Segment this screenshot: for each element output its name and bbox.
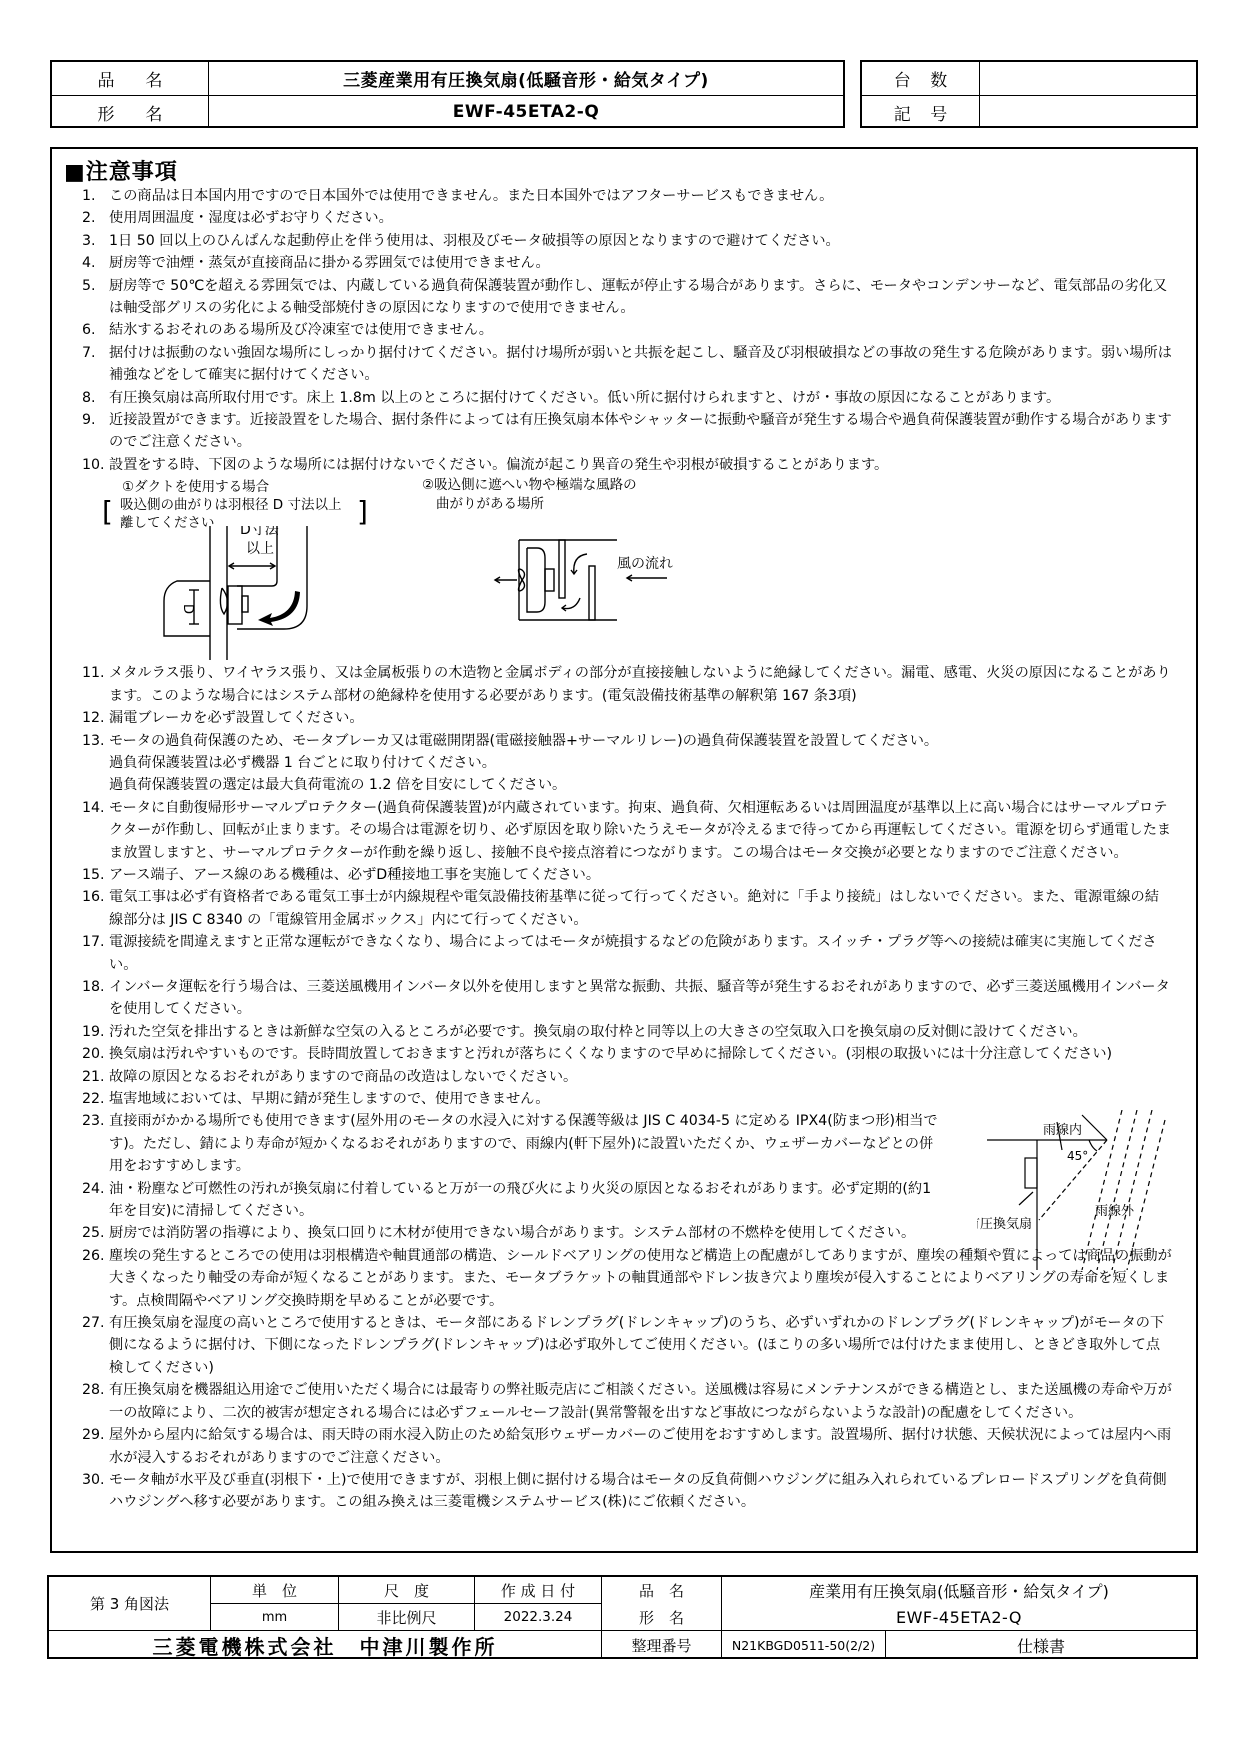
svg-text:雨線外: 雨線外 [1095,1204,1135,1219]
note-item: 30.モータ軸が水平及び垂直(羽根下・上)で使用できますが、羽根上側に据付ける場… [82,1469,1172,1514]
note-number: 22. [82,1088,109,1110]
note-text-main: モータの過負荷保護のため、モータブレーカ又は電磁開閉器(電磁接触器+サーマルリレ… [109,733,938,749]
note-text-sub: 過負荷保護装置の選定は最大負荷電流の 1.2 倍を目安にしてください。 [109,777,566,793]
scale-value: 非比例尺 [339,1604,475,1631]
note-number: 29. [82,1424,109,1469]
note-text: 厨房等で 50℃を超える雰囲気では、内蔵している過負荷保護装置が動作し、運転が停… [109,275,1172,320]
header-quantity-block: 台 数 記 号 [860,60,1198,128]
note-number: 17. [82,931,109,976]
note-number: 10. [82,454,109,476]
svg-text:雨線内: 雨線内 [1043,1122,1082,1138]
note-text: モータ軸が水平及び垂直(羽根下・上)で使用できますが、羽根上側に据付ける場合はモ… [109,1469,1172,1514]
symbol-row: 記 号 [862,95,1196,128]
svg-text:D: D [180,604,195,614]
note-item: 17.電源接続を間違えますと正常な運転ができなくなり、場合によってはモータが焼損… [82,931,1172,976]
duct-diagram-icon: D寸法 以上 D [162,526,402,661]
note-number: 2. [82,207,109,229]
model-value: EWF-45ETA2-Q [209,96,843,128]
note-number: 16. [82,886,109,931]
note-number: 1. [82,185,109,207]
note-item: 19.汚れた空気を排出するときは新鮮な空気の入るところが必要です。換気扇の取付枠… [82,1021,1172,1043]
label-char: 台 [894,66,911,91]
quantity-label: 台 数 [862,62,980,95]
note-item: 4.厨房等で油煙・蒸気が直接商品に掛かる雰囲気では使用できません。 [82,252,1172,274]
rain-line-diagram-icon: 雨線内 45° 雨線外 有圧換気扇 [977,1110,1167,1270]
model-row: 形 名 EWF-45ETA2-Q [52,95,843,128]
note-text: 据付けは振動のない強固な場所にしっかり据付けてください。据付け場所が弱いと共振を… [109,342,1172,387]
note-item: 27.有圧換気扇を湿度の高いところで使用するときは、モータ部にあるドレンプラグ(… [82,1312,1172,1379]
note-text: 漏電ブレーカを必ず設置してください。 [109,707,1172,729]
obstruction-diagram-icon: 風の流れ [427,536,687,636]
note-text: 有圧換気扇は高所取付用です。床上 1.8m 以上のところに据付けてください。低い… [109,387,1172,409]
note-text-sub: 過負荷保護装置は必ず機器 1 台ごとに取り付けてください。 [109,755,496,771]
note-item: 21.故障の原因となるおそれがありますので商品の改造はしないでください。 [82,1066,1172,1088]
label-char: 名 [146,100,163,125]
bracket-right-icon: ] [357,497,368,527]
install-location-diagram: ①ダクトを使用する場合 [ 吸込側の曲がりは羽根径 D 寸法以上 離してください… [82,476,1172,662]
note-text: 1日 50 回以上のひんぱんな起動停止を伴う使用は、羽根及びモータ破損等の原因と… [109,230,1172,252]
symbol-label: 記 号 [862,96,980,128]
notes-list: 1.この商品は日本国内用ですので日本国外では使用できません。また日本国外ではアフ… [82,185,1172,1514]
note-item: 25.厨房では消防署の指導により、換気口回りに木材が使用できない場合があります。… [82,1222,1082,1244]
svg-text:45°: 45° [1067,1149,1088,1163]
ref-number: N21KBGD0511-50(2/2) [722,1631,886,1659]
notes-frame: ■注意事項 1.この商品は日本国内用ですので日本国外では使用できません。また日本… [50,147,1198,1553]
note-number: 13. [82,730,109,797]
product-label: 品 名 [602,1577,722,1604]
svg-text:有圧換気扇: 有圧換気扇 [977,1216,1032,1232]
bracket-left-icon: [ [102,497,113,527]
projection-method: 第 3 角図法 [49,1577,211,1631]
label-char: 数 [930,66,947,91]
duct-note-line: 吸込側の曲がりは羽根径 D 寸法以上 [120,496,341,514]
product-value: 産業用有圧換気扇(低騒音形・給気タイプ) [722,1577,1196,1604]
note-number: 15. [82,864,109,886]
note-number: 23. [82,1110,109,1177]
note-text: 有圧換気扇を機器組込用途でご使用いただく場合には最寄りの弊社販売店にご相談くださ… [109,1379,1172,1424]
note-text: 厨房等で油煙・蒸気が直接商品に掛かる雰囲気では使用できません。 [109,252,1172,274]
note-text: 故障の原因となるおそれがありますので商品の改造はしないでください。 [109,1066,1172,1088]
note-number: 7. [82,342,109,387]
note-item: 29.屋外から屋内に給気する場合は、雨天時の雨水浸入防止のため給気形ウェザーカバ… [82,1424,1172,1469]
label-char: 記 [894,100,911,125]
note-text: 近接設置ができます。近接設置をした場合、据付条件によっては有圧換気扇本体やシャッ… [109,409,1172,454]
obstruction-title-line: ②吸込側に遮へい物や極端な風路の [422,476,637,495]
note-item: 24.油・粉塵など可燃性の汚れが換気扇に付着していると万が一の飛び火により火災の… [82,1178,942,1223]
note-number: 3. [82,230,109,252]
scale-label: 尺 度 [339,1577,475,1604]
note-text: 油・粉塵など可燃性の汚れが換気扇に付着していると万が一の飛び火により火災の原因と… [109,1178,942,1223]
label-char: 名 [146,66,163,91]
note-text: 電気工事は必ず有資格者である電気工事士が内線規程や電気設備技術基準に従って行って… [109,886,1172,931]
note-number: 24. [82,1178,109,1223]
note-item: 18.インバータ運転を行う場合は、三菱送風機用インバータ以外を使用しますと異常な… [82,976,1172,1021]
title-block: 第 3 角図法 単 位 mm 尺 度 非比例尺 作 成 日 付 2022.3.2… [47,1575,1198,1659]
date-value: 2022.3.24 [475,1604,602,1631]
quantity-row: 台 数 [862,62,1196,95]
notes-title: ■注意事項 [64,155,178,186]
note-number: 21. [82,1066,109,1088]
label-char: 品 [98,66,115,91]
ref-label: 整理番号 [602,1631,722,1659]
note-item: 3.1日 50 回以上のひんぱんな起動停止を伴う使用は、羽根及びモータ破損等の原… [82,230,1172,252]
note-item: 23.直接雨がかかる場所でも使用できます(屋外用のモータの水浸入に対する保護等級… [82,1110,942,1177]
note-number: 6. [82,319,109,341]
note-item: 14.モータに自動復帰形サーマルプロテクター(過負荷保護装置)が内蔵されています… [82,797,1172,864]
note-text: 換気扇は汚れやすいものです。長時間放置しておきますと汚れが落ちにくくなりますので… [109,1043,1172,1065]
note-item: 10.設置をする時、下図のような場所には据付けないでください。偏流が起こり異音の… [82,454,1172,476]
rain-line-section: 23.直接雨がかかる場所でも使用できます(屋外用のモータの水浸入に対する保護等級… [82,1110,1172,1244]
note-item: 7.据付けは振動のない強固な場所にしっかり据付けてください。据付け場所が弱いと共… [82,342,1172,387]
note-text: モータの過負荷保護のため、モータブレーカ又は電磁開閉器(電磁接触器+サーマルリレ… [109,730,1172,797]
note-number: 20. [82,1043,109,1065]
note-text: アース端子、アース線のある機種は、必ずD種接地工事を実施してください。 [109,864,1172,886]
symbol-value [980,96,1196,128]
company-name: 三菱電機株式会社 中津川製作所 [49,1631,602,1659]
note-number: 8. [82,387,109,409]
note-item: 6.結氷するおそれのある場所及び冷凍室では使用できません。 [82,319,1172,341]
note-text: 使用周囲温度・湿度は必ずお守りください。 [109,207,1172,229]
note-number: 11. [82,662,109,707]
note-text: 電源接続を間違えますと正常な運転ができなくなり、場合によってはモータが焼損するな… [109,931,1172,976]
note-number: 4. [82,252,109,274]
note-text: 屋外から屋内に給気する場合は、雨天時の雨水浸入防止のため給気形ウェザーカバーのご… [109,1424,1172,1469]
model-label: 形 名 [602,1604,722,1631]
model-value: EWF-45ETA2-Q [722,1604,1196,1631]
note-item: 11.メタルラス張り、ワイヤラス張り、又は金属板張りの木造物と金属ボディの部分が… [82,662,1172,707]
note-text: 直接雨がかかる場所でも使用できます(屋外用のモータの水浸入に対する保護等級は J… [109,1110,942,1177]
svg-text:風の流れ: 風の流れ [617,555,673,572]
note-text: 結氷するおそれのある場所及び冷凍室では使用できません。 [109,319,1172,341]
label-char: 号 [930,100,947,125]
note-number: 12. [82,707,109,729]
note-text: 設置をする時、下図のような場所には据付けないでください。偏流が起こり異音の発生や… [109,454,1172,476]
note-text: 厨房では消防署の指導により、換気口回りに木材が使用できない場合があります。システ… [109,1222,1082,1244]
obstruction-title-line: 曲がりがある場所 [422,495,637,514]
note-item: 9.近接設置ができます。近接設置をした場合、据付条件によっては有圧換気扇本体やシ… [82,409,1172,454]
note-text: 有圧換気扇を湿度の高いところで使用するときは、モータ部にあるドレンプラグ(ドレン… [109,1312,1172,1379]
note-text: モータに自動復帰形サーマルプロテクター(過負荷保護装置)が内蔵されています。拘束… [109,797,1172,864]
document-type: 仕様書 [886,1631,1196,1659]
note-number: 18. [82,976,109,1021]
note-number: 19. [82,1021,109,1043]
quantity-value [980,62,1196,95]
svg-text:以上: 以上 [246,541,274,557]
note-item: 5.厨房等で 50℃を超える雰囲気では、内蔵している過負荷保護装置が動作し、運転… [82,275,1172,320]
note-text: インバータ運転を行う場合は、三菱送風機用インバータ以外を使用しますと異常な振動、… [109,976,1172,1021]
note-text: 塩害地域においては、早期に錆が発生しますので、使用できません。 [109,1088,1172,1110]
note-item: 12.漏電ブレーカを必ず設置してください。 [82,707,1172,729]
model-label: 形 名 [52,96,209,128]
note-item: 16.電気工事は必ず有資格者である電気工事士が内線規程や電気設備技術基準に従って… [82,886,1172,931]
note-item: 20.換気扇は汚れやすいものです。長時間放置しておきますと汚れが落ちにくくなりま… [82,1043,1172,1065]
note-number: 14. [82,797,109,864]
obstruction-case-title: ②吸込側に遮へい物や極端な風路の 曲がりがある場所 [422,476,637,514]
unit-value: mm [211,1604,339,1631]
note-text: メタルラス張り、ワイヤラス張り、又は金属板張りの木造物と金属ボディの部分が直接接… [109,662,1172,707]
note-item: 22.塩害地域においては、早期に錆が発生しますので、使用できません。 [82,1088,1172,1110]
note-item: 8.有圧換気扇は高所取付用です。床上 1.8m 以上のところに据付けてください。… [82,387,1172,409]
note-number: 25. [82,1222,109,1244]
note-item: 1.この商品は日本国内用ですので日本国外では使用できません。また日本国外ではアフ… [82,185,1172,207]
label-char: 形 [98,100,115,125]
note-text: 汚れた空気を排出するときは新鮮な空気の入るところが必要です。換気扇の取付枠と同等… [109,1021,1172,1043]
note-number: 28. [82,1379,109,1424]
header-product-block: 品 名 三菱産業用有圧換気扇(低騒音形・給気タイプ) 形 名 EWF-45ETA… [50,60,845,128]
product-name-row: 品 名 三菱産業用有圧換気扇(低騒音形・給気タイプ) [52,62,843,95]
note-number: 26. [82,1245,109,1312]
dim-label: D寸法 [240,526,280,538]
note-number: 5. [82,275,109,320]
note-number: 9. [82,409,109,454]
product-name-value: 三菱産業用有圧換気扇(低騒音形・給気タイプ) [209,62,843,95]
note-item: 15.アース端子、アース線のある機種は、必ずD種接地工事を実施してください。 [82,864,1172,886]
note-item: 28.有圧換気扇を機器組込用途でご使用いただく場合には最寄りの弊社販売店にご相談… [82,1379,1172,1424]
note-item: 2.使用周囲温度・湿度は必ずお守りください。 [82,207,1172,229]
note-text: この商品は日本国内用ですので日本国外では使用できません。また日本国外ではアフター… [109,185,1172,207]
date-label: 作 成 日 付 [475,1577,602,1604]
product-name-label: 品 名 [52,62,209,95]
note-number: 30. [82,1469,109,1514]
unit-label: 単 位 [211,1577,339,1604]
note-number: 27. [82,1312,109,1379]
note-item: 13. モータの過負荷保護のため、モータブレーカ又は電磁開閉器(電磁接触器+サー… [82,730,1172,797]
